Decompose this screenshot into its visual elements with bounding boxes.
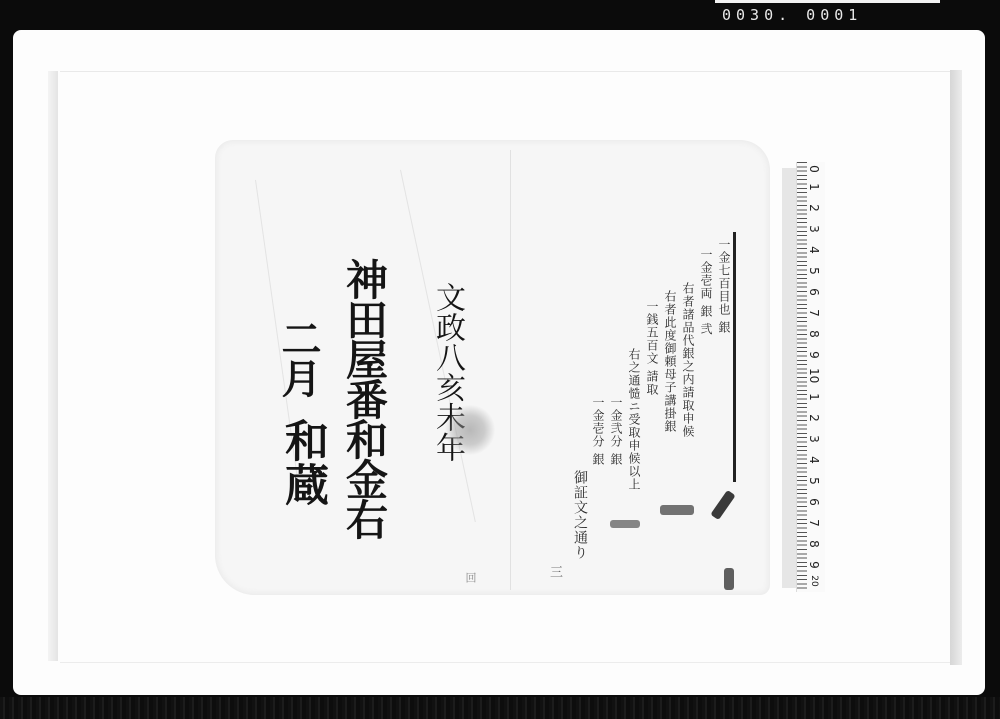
paper-fold-line (510, 150, 511, 590)
document-title-column: 神田屋番和金右 (334, 258, 394, 538)
ruler-label: 9 (807, 558, 821, 572)
ruler-label: 0 (807, 162, 821, 176)
measurement-ruler: 0 1 2 3 4 5 6 7 8 9 10 1 2 3 4 5 6 7 8 9… (796, 162, 825, 592)
mount-inner-line-bottom (60, 662, 950, 663)
body-column: 右之通慥ニ受取申候以上 (626, 348, 643, 491)
seal-stamp (444, 405, 496, 455)
document-signature: 和蔵 (270, 418, 334, 506)
ruler-label: 9 (807, 348, 821, 362)
body-column: 御証文之通り (570, 470, 590, 560)
ruler-label: 5 (807, 474, 821, 488)
ruler-label: 7 (807, 516, 821, 530)
body-rule-line (733, 232, 736, 482)
ruler-label: 8 (807, 537, 821, 551)
ruler-label: 3 (807, 432, 821, 446)
frame-number: 0030. 0001 (722, 6, 862, 24)
ruler-label: 3 (807, 222, 821, 236)
footer-mark: 回 (462, 572, 478, 584)
ruler-label: 5 (807, 264, 821, 278)
body-column: 一金壱両 銀 弐 (698, 248, 715, 336)
ruler-label: 6 (807, 285, 821, 299)
ink-blot (610, 520, 640, 528)
ink-blot (724, 568, 734, 590)
frame-strip-top (715, 0, 940, 3)
body-column: 一金壱分 銀 (590, 396, 607, 466)
ruler-label: 1 (807, 180, 821, 194)
ruler-label: 6 (807, 495, 821, 509)
mount-inner-line-top (60, 71, 960, 72)
ink-blot (660, 505, 694, 515)
body-column: 右者此度御頼母子講掛銀 (662, 290, 679, 433)
ruler-shadow (782, 168, 796, 588)
ruler-label: 8 (807, 327, 821, 341)
body-column: 一金弐分 銀 (608, 396, 625, 466)
body-column: 右者諸品代銀之内請取申候 (680, 282, 697, 438)
ruler-label: 1 (807, 390, 821, 404)
ruler-label: 2 (807, 411, 821, 425)
ruler-label: 7 (807, 306, 821, 320)
ruler-label: 10 (807, 368, 821, 382)
ruler-label: 2 (807, 201, 821, 215)
footer-mark: 三 (545, 565, 564, 579)
ruler-label: 4 (807, 453, 821, 467)
mount-inner-shadow-left (48, 71, 58, 661)
ruler-ticks (797, 162, 807, 592)
mount-inner-shadow-right (950, 70, 962, 665)
body-column: 一銭五百文 請取 (644, 300, 661, 396)
film-edge-noise (0, 697, 1000, 719)
ruler-label: 4 (807, 243, 821, 257)
body-column: 一金七百目也 銀 (716, 238, 733, 334)
ruler-label: 20 (809, 574, 819, 588)
document-month: 二月 (270, 318, 327, 398)
